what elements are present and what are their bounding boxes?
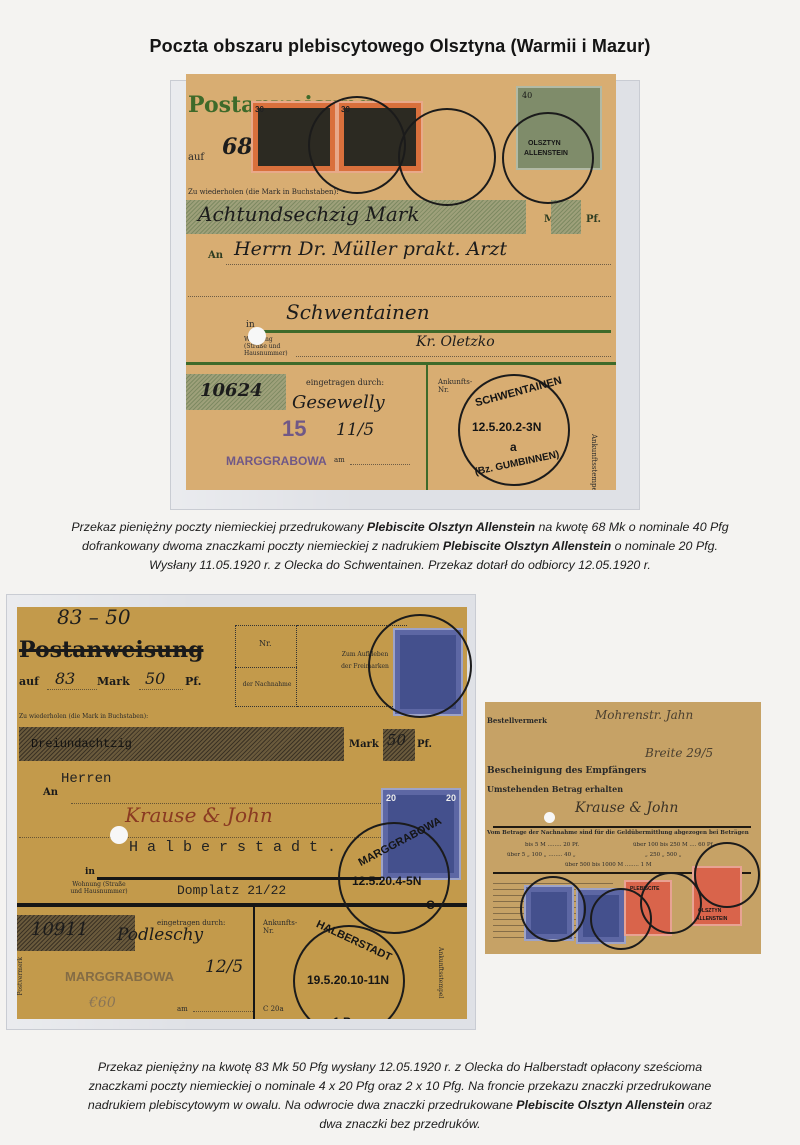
place-handwritten: Schwentainen — [286, 300, 430, 324]
fee-row-3: über 100 bis 250 M .... 60 Pf. — [633, 842, 714, 848]
number-handwritten: 10911 — [31, 919, 88, 940]
top-handwritten-amount: 83 – 50 — [57, 607, 131, 629]
nachnahme-box — [235, 625, 297, 707]
postmark-marggrabowa-top — [368, 614, 472, 718]
hand-mid: Breite 29/5 — [645, 746, 713, 760]
auf-label: auf — [188, 152, 204, 163]
postmark-schwentainen: SCHWENTAINEN 12.5.20.2-3N a (Bz. GUMBINN… — [458, 374, 570, 486]
ankunftsstempel-label: Ankunftsstempel — [590, 434, 598, 490]
pf-label: Pf. — [185, 675, 201, 688]
in-label: in — [85, 867, 95, 877]
punch-hole-3 — [544, 812, 555, 823]
an-label: An — [43, 787, 58, 798]
page-title: Poczta obszaru plebiscytowego Olsztyna (… — [0, 36, 800, 57]
street-typed: Domplatz 21/22 — [177, 883, 286, 898]
fee-row-5: über 500 bis 1000 M ........ 1 M — [565, 862, 652, 868]
eingetragen-label: eingetragen durch: — [306, 378, 384, 387]
violet-town-stamp: MARGGRABOWA — [226, 454, 327, 468]
pf-field — [551, 200, 581, 234]
repeat-label: Zu wiederholen (die Mark in Buchstaben): — [19, 713, 148, 720]
auf-label: auf — [19, 675, 39, 688]
postmark-origin-2 — [398, 108, 496, 206]
fee-header: Vom Betrage der Nachnahme sind für die G… — [487, 830, 749, 836]
fee-row-4: „ 250 „ 500 „ — [645, 852, 682, 858]
postmark-back-3 — [640, 872, 702, 934]
hand-signature: Krause & John — [575, 800, 678, 816]
ankunfts-label: Ankunfts-Nr. — [263, 919, 297, 935]
mark-label: Mark — [97, 675, 130, 688]
punch-hole-2 — [110, 826, 128, 844]
nachnahme-label: der Nachnahme — [241, 681, 293, 689]
postmark-origin-1 — [308, 96, 406, 194]
caption-item-2: Przekaz pieniężny na kwotę 83 Mk 50 Pfg … — [80, 1058, 720, 1134]
date-handwritten: 11/5 — [336, 420, 374, 440]
repeat-label: Zu wiederholen (die Mark in Buchstaben): — [188, 188, 339, 196]
pf-handwritten: 50 — [145, 669, 165, 688]
amount-words-typed: Dreiundachtzig — [31, 737, 132, 751]
am-label: am — [177, 1005, 188, 1013]
postmark-back-1 — [520, 876, 586, 942]
wohnung-handwritten: Kr. Oletzko — [416, 334, 495, 350]
pencil-note: €60 — [89, 995, 116, 1011]
ankunfts-label: Ankunfts-Nr. — [438, 378, 468, 394]
recipient-handwritten: Herrn Dr. Müller prakt. Arzt — [234, 238, 507, 260]
number-handwritten: 10624 — [200, 380, 263, 401]
eingetragen-handwritten: Podleschy — [117, 925, 203, 945]
bestell-label: Bestellvermerk — [487, 716, 547, 725]
postmark-back-4 — [694, 842, 760, 908]
amount-words-handwritten: Achtundsechzig Mark — [198, 202, 419, 226]
postmark-origin-3 — [502, 112, 594, 204]
hand-top: Mohrenstr. Jahn — [595, 708, 693, 722]
postmark-halberstadt: HALBERSTADT 19.5.20.10-11N 1 P — [293, 925, 405, 1019]
pf-label-2: Pf. — [417, 739, 432, 750]
fee-row-2: über 5 „ 100 „ ........ 40 „ — [507, 852, 576, 858]
fee-row-1: bis 5 M ........ 20 Pf. — [525, 842, 579, 848]
pf-handwritten-2: 50 — [387, 731, 406, 749]
form-heading-struck: Postanweisung — [19, 637, 203, 663]
eingetragen-handwritten: Gesewelly — [292, 392, 385, 413]
caption-item-1: Przekaz pieniężny poczty niemieckiej prz… — [60, 518, 740, 575]
wohnung-label: Wohnung (Straße und Hausnummer) — [69, 881, 129, 895]
umstehend-label: Umstehenden Betrag erhalten — [487, 784, 623, 794]
am-label: am — [334, 456, 345, 464]
herren-typed: Herren — [61, 771, 111, 787]
recipient-handwritten: Krause & John — [125, 803, 273, 827]
postmark-marggrabowa-bottom: MARGGRABOWA 12.5.20.4-5N C — [338, 822, 450, 934]
bescheinigung-label: Bescheinigung des Empfängers — [487, 766, 646, 776]
date-handwritten: 12/5 — [205, 957, 243, 977]
mark-label-2: Mark — [349, 739, 379, 750]
grey-town-stamp: MARGGRABOWA — [65, 969, 174, 984]
violet-stamp-number: 15 — [282, 416, 306, 442]
an-label: An — [208, 250, 223, 261]
form-code: C 20a — [263, 1005, 284, 1013]
punch-hole-1 — [248, 327, 266, 345]
town-typed: Halberstadt. — [129, 839, 345, 856]
ankunftsstempel-label: Ankunftsstempel — [437, 947, 444, 998]
mark-handwritten: 83 — [55, 669, 75, 688]
side-label: Postvermerk — [17, 957, 24, 995]
pf-label: Pf. — [586, 214, 601, 225]
nr-label: Nr. — [259, 639, 272, 648]
